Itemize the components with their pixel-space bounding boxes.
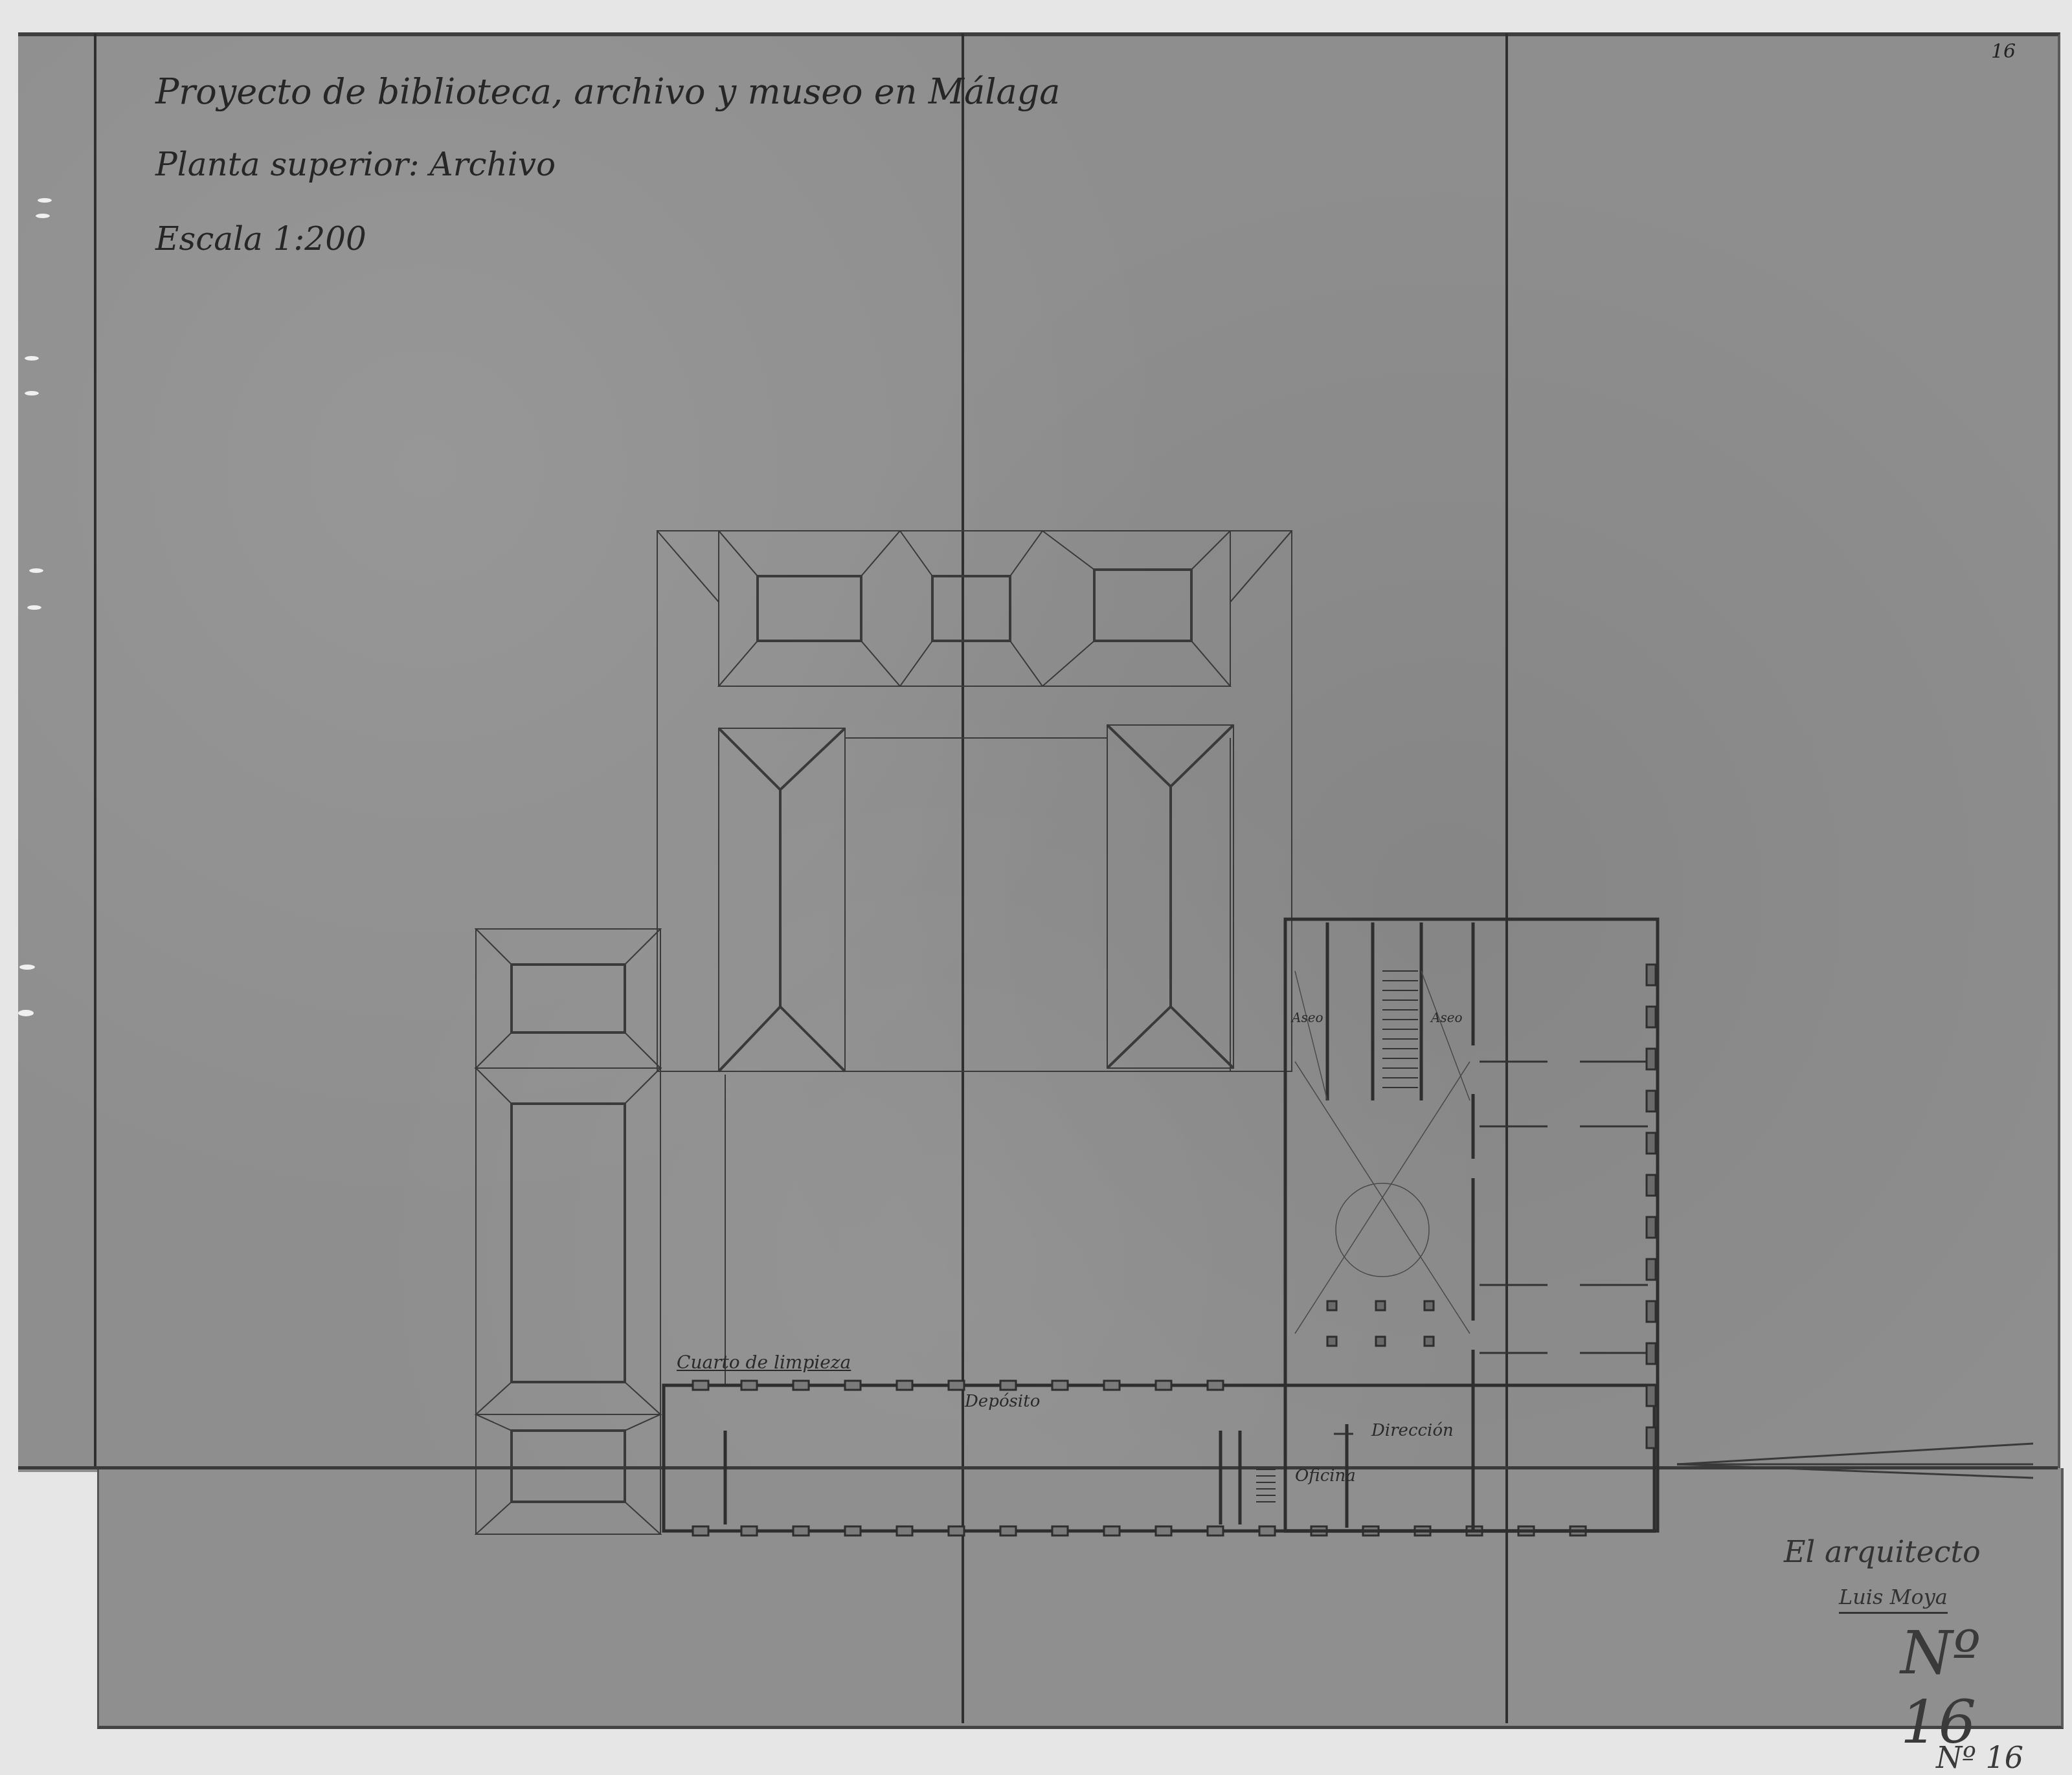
room-label-restroom-left: Aseo — [1292, 1010, 1323, 1025]
roof-outline-main — [657, 531, 1292, 1071]
signature-title: El arquitecto — [1784, 1534, 1981, 1569]
floor-plan — [0, 0, 2072, 1775]
room-label-office: Oficina — [1295, 1466, 1356, 1486]
signature-name: Luis Moya — [1839, 1585, 1948, 1614]
room-label-cleaning: Cuarto de limpieza — [677, 1352, 851, 1373]
room-label-restroom-right: Aseo — [1431, 1010, 1463, 1025]
room-label-storage: Depósito — [965, 1392, 1040, 1411]
archive-number: Nº 16 — [1936, 1740, 2023, 1775]
plate-number: Nº 16 — [1900, 1618, 2072, 1757]
room-label-direction: Dirección — [1371, 1421, 1454, 1440]
